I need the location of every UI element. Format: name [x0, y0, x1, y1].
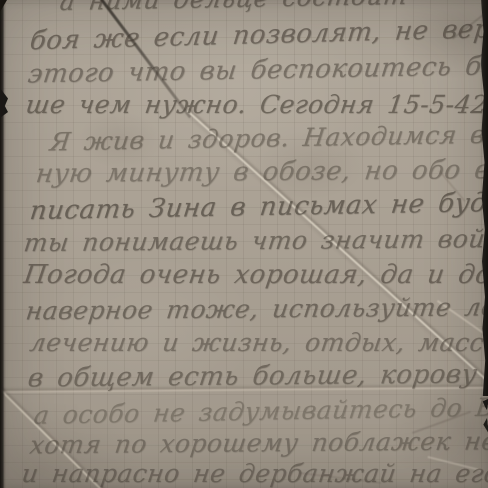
letter-photo: а ними дельце состоит боя же если позвол…: [0, 0, 488, 488]
photo-vignette: [0, 0, 488, 488]
